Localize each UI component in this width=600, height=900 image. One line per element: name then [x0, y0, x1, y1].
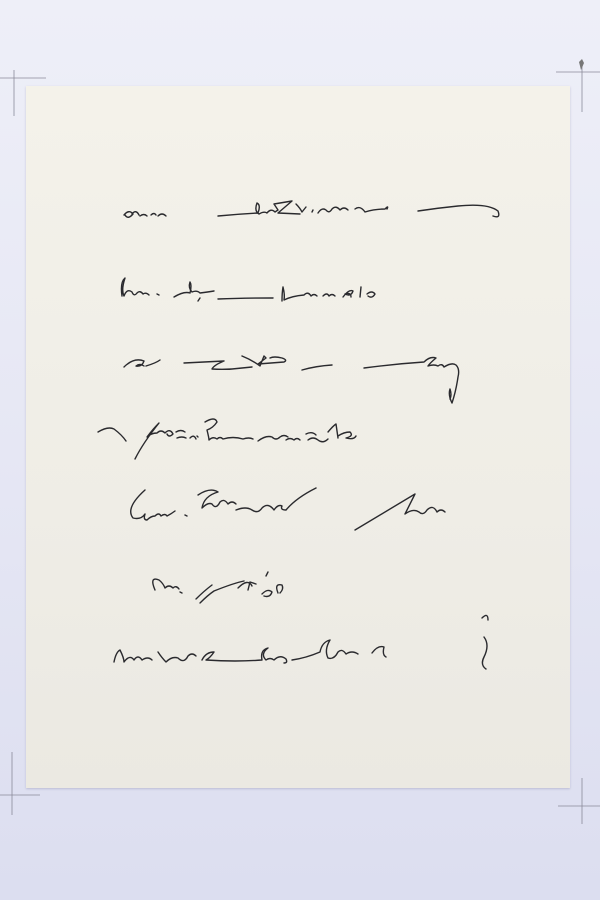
handwriting-line-6 — [153, 572, 283, 603]
handwriting-line-7 — [114, 615, 488, 669]
handwriting — [0, 0, 600, 900]
handwriting-line-4 — [98, 419, 356, 459]
handwriting-line-5 — [131, 488, 445, 530]
handwriting-line-3 — [124, 356, 459, 403]
handwriting-line-1 — [124, 201, 499, 217]
handwriting-line-2 — [121, 278, 375, 301]
